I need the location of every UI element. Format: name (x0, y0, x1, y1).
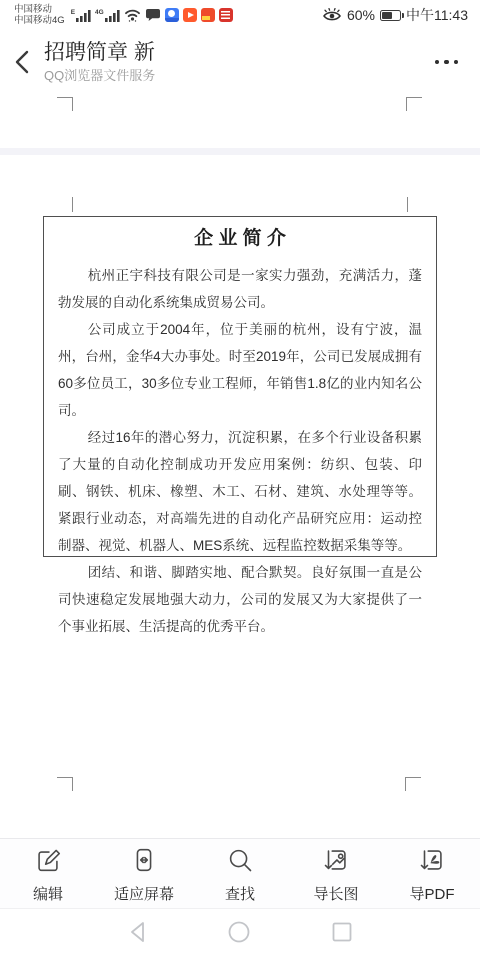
intro-paragraph: 经过16年的潜心努力，沉淀积累，在多个行业设备积累了大量的自动化控制成功开发应用… (58, 424, 422, 559)
app-notification-icon-video-play (183, 8, 197, 22)
chat-bubble-icon (145, 8, 161, 22)
app-notification-icon-red-yellow (201, 8, 215, 22)
page-corner-mark (57, 777, 73, 791)
clock-label: 中午11:43 (406, 5, 468, 25)
find-label: 查找 (225, 883, 255, 904)
search-icon (225, 845, 255, 880)
status-right: 60% 中午11:43 (322, 5, 468, 25)
android-nav-bar (0, 908, 480, 960)
more-menu-button[interactable] (431, 50, 463, 75)
page-title: 招聘简章 新 (44, 40, 155, 66)
page-corner-mark (407, 197, 408, 212)
fit-screen-button[interactable]: 适应屏幕 (96, 839, 192, 908)
status-bar: 中国移动 中国移动4G E 4G (0, 0, 480, 28)
app-notification-icon-blue (165, 8, 179, 22)
signal-4g-icon: 4G (95, 9, 120, 22)
status-icons: E 4G (71, 8, 233, 22)
document-viewer[interactable]: 企 业 简 介 杭州正宇科技有限公司是一家实力强劲，充满活力，蓬勃发展的自动化系… (0, 96, 480, 838)
intro-paragraph: 团结、和谐、脚踏实地、配合默契。良好氛围一直是公司快速稳定发展地强大动力，公司的… (58, 559, 422, 640)
page-corner-mark (406, 97, 422, 111)
battery-percent-label: 60% (347, 7, 375, 23)
nav-back-triangle-icon[interactable] (127, 920, 147, 949)
signal-e-icon: E (71, 9, 91, 22)
back-button[interactable] (0, 40, 44, 84)
fit-screen-label: 适应屏幕 (114, 883, 174, 904)
intro-title: 企 业 简 介 (58, 224, 422, 254)
export-pdf-label: 导PDF (409, 883, 454, 904)
edit-button[interactable]: 编辑 (0, 839, 96, 908)
header-titles: 招聘简章 新 QQ浏览器文件服务 (44, 40, 155, 85)
export-long-image-button[interactable]: 导长图 (288, 839, 384, 908)
page-corner-mark (57, 97, 73, 111)
export-long-image-icon (321, 845, 351, 880)
carrier-line1: 中国移动 (14, 4, 65, 15)
app-header: 招聘简章 新 QQ浏览器文件服务 (0, 28, 480, 96)
intro-paragraph: 公司成立于2004年，位于美丽的杭州，设有宁波，温州，台州，金华4大办事处。时至… (58, 316, 422, 424)
page-corner-mark (72, 197, 73, 212)
export-pdf-button[interactable]: 导PDF (384, 839, 480, 908)
app-notification-icon-red (219, 8, 233, 22)
fit-screen-icon (129, 845, 159, 880)
carrier-line2: 中国移动4G (14, 15, 65, 26)
bottom-toolbar: 编辑 适应屏幕 查找 (0, 838, 480, 908)
intro-paragraph: 杭州正宇科技有限公司是一家实力强劲，充满活力，蓬勃发展的自动化系统集成贸易公司。 (58, 262, 422, 316)
nav-recents-square-icon[interactable] (331, 921, 353, 948)
phone-screen: 中国移动 中国移动4G E 4G (0, 0, 480, 960)
page-corner-mark (405, 777, 421, 791)
edit-icon (33, 845, 63, 880)
export-pdf-icon (417, 845, 447, 880)
export-long-image-label: 导长图 (313, 883, 358, 904)
edit-label: 编辑 (33, 883, 63, 904)
carrier-label: 中国移动 中国移动4G (14, 4, 65, 26)
page-subtitle: QQ浏览器文件服务 (44, 67, 155, 85)
battery-icon (380, 10, 401, 21)
page-separator (0, 148, 480, 155)
company-intro-box: 企 业 简 介 杭州正宇科技有限公司是一家实力强劲，充满活力，蓬勃发展的自动化系… (43, 216, 437, 557)
nav-home-circle-icon[interactable] (227, 920, 251, 949)
wifi-icon (124, 8, 141, 22)
eye-comfort-icon (322, 8, 342, 22)
find-button[interactable]: 查找 (192, 839, 288, 908)
